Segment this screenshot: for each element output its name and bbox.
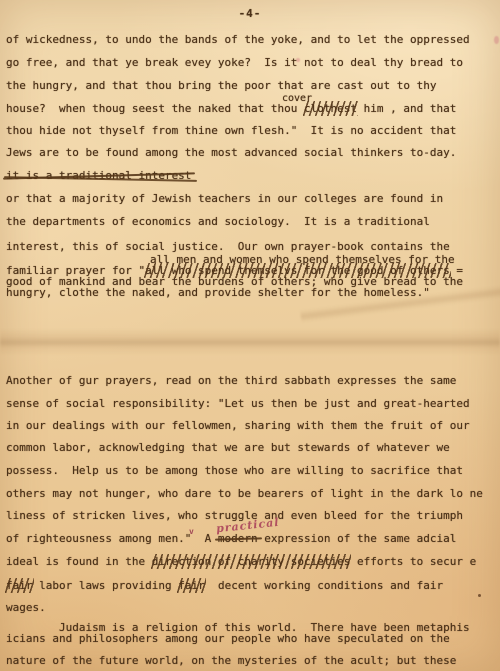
paper-fold-crease	[0, 329, 500, 355]
pen-struck-phrase: it is a traditional interest	[6, 170, 191, 182]
typed-line: the hungry, and that thou bring the poor…	[6, 80, 436, 92]
overstruck-word-fair: fair	[178, 580, 205, 592]
overstruck-phrase: direction of charity societies	[152, 556, 351, 568]
typed-line: the departments of economics and sociolo…	[6, 216, 430, 228]
line-text: labor laws providing	[33, 579, 179, 592]
line-text: decent working conditions and fair	[205, 579, 443, 592]
typed-line: it is a traditional interest	[6, 170, 191, 182]
typed-line: Jews are to be found among the most adva…	[6, 147, 456, 159]
typed-line: fair labor laws providing fair decent wo…	[6, 580, 443, 592]
typed-line: sense of social responsibility: "Let us …	[6, 398, 470, 410]
typed-line: others may not hunger, who dare to be be…	[6, 488, 483, 500]
caret-mark: v	[189, 526, 194, 538]
page-number: -4-	[0, 8, 500, 20]
typed-line: house? when thoug seest the naked that t…	[6, 103, 456, 115]
typed-line: nature of the future world, on the myste…	[6, 655, 456, 667]
typed-line: possess. Help us to be among those who a…	[6, 465, 463, 477]
typed-line: ideal is found in the direction of chari…	[6, 556, 476, 568]
pen-struck-word-modern: modern	[218, 533, 258, 545]
paper-stain	[494, 36, 499, 44]
typed-line: of wickedness, to undo the bands of the …	[6, 34, 470, 46]
overstruck-word-fair: fair	[6, 580, 33, 592]
typed-line: hungry, clothe the naked, and provide sh…	[6, 287, 430, 299]
typed-line: of righteousness among men." A modern ex…	[6, 533, 456, 545]
typed-line: icians and philosophers among our people…	[6, 633, 450, 645]
line-text: him , and that	[357, 102, 456, 115]
typed-line: or that a majority of Jewish teachers in…	[6, 193, 443, 205]
line-text: ideal is found in the	[6, 555, 152, 568]
typed-line: go free, and that ye break evey yoke? Is…	[6, 57, 463, 69]
manuscript-page: -4- of wickedness, to undo the bands of …	[0, 0, 500, 671]
typed-line: in our dealings with our fellowmen, shar…	[6, 420, 470, 432]
typed-insert-cover: cover	[282, 93, 312, 105]
ink-speck	[478, 594, 481, 597]
line-text: house? when thoug seest the naked that t…	[6, 102, 304, 115]
typed-line: wages.	[6, 602, 46, 614]
typed-line: interest, this of social justice. Our ow…	[6, 241, 450, 253]
typed-line: Another of gur prayers, read on the thir…	[6, 375, 456, 387]
line-text: efforts to secur e	[350, 555, 476, 568]
typed-line: thou hide not thyself from thine own fle…	[6, 125, 456, 137]
line-text: expression of the same adcial	[258, 532, 457, 545]
typed-line: common labor, acknowledging that we are …	[6, 442, 450, 454]
line-text: of righteousness among men." A	[6, 532, 218, 545]
